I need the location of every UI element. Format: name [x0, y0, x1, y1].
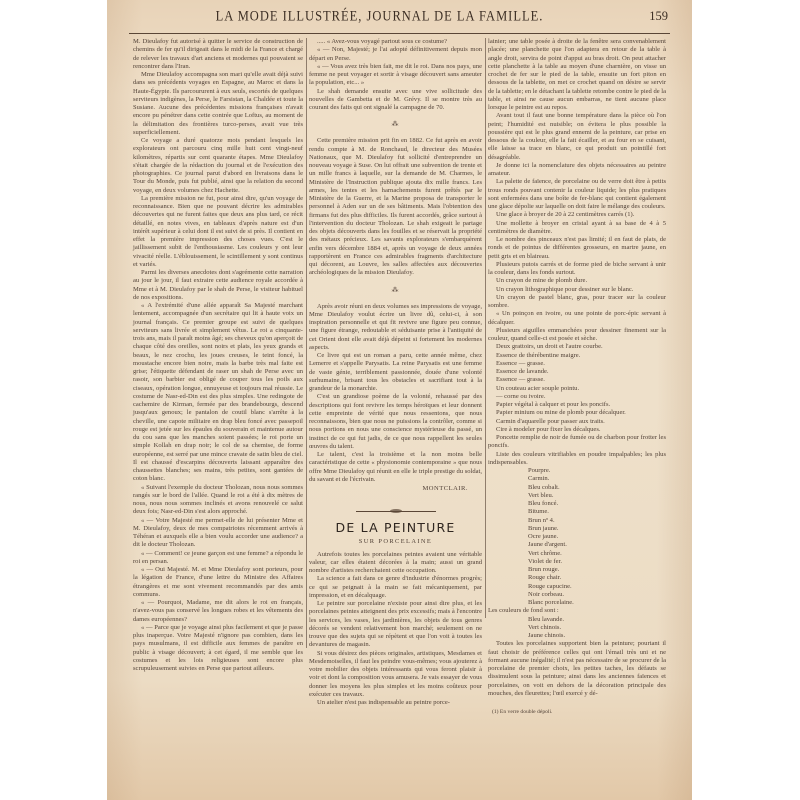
- color-item: Brun nº 4.: [488, 517, 666, 525]
- page-number: 159: [649, 9, 668, 24]
- paragraph: Le talent, c'est la troisième et la non …: [309, 451, 482, 484]
- ground-color-item: Vert chinois.: [488, 624, 666, 632]
- paragraph: « — Oui Majesté. M. et Mme Dieulafoy son…: [133, 566, 303, 599]
- article-dieulafoy-second-mission: Cette première mission prit fin en 1882.…: [309, 137, 482, 277]
- paragraph: Le nombre des pinceaux n'est pas limité;…: [488, 236, 666, 261]
- vitrifiable-colors-list: Pourpre.Carmin.Bleu cobalt.Vert bleu.Ble…: [488, 467, 666, 607]
- column-divider-1: [306, 38, 307, 648]
- color-item: Pourpre.: [488, 467, 666, 475]
- paragraph: Le peintre sur porcelaine n'existe pour …: [309, 600, 482, 650]
- paragraph: Papier végétal à calquer et pour les pon…: [488, 401, 666, 409]
- color-item: Blanc porcelaine.: [488, 599, 666, 607]
- paragraph: « — Vous avez très bien fait, me dit le …: [309, 63, 482, 88]
- paragraph: « — Votre Majesté me permet-elle de lui …: [133, 517, 303, 550]
- ground-colors-intro: Les couleurs de fond sont :: [488, 607, 666, 615]
- paragraph: Parmi les diverses anecdotes dont s'agré…: [133, 269, 303, 302]
- paragraph: « Suivant l'exemple du docteur Tholozan,…: [133, 484, 303, 517]
- color-item: Brun rouge.: [488, 566, 666, 574]
- paragraph: Une mollette à broyer en cristal ayant à…: [488, 220, 666, 237]
- paragraph: Si vous désirez des pièces originales, a…: [309, 650, 482, 700]
- color-item: Vert bleu.: [488, 492, 666, 500]
- author-signature: MONTCLAIR.: [309, 485, 482, 493]
- paragraph: Un couteau acier souple pointu.: [488, 385, 666, 393]
- column-left: M. Dieulafoy fut autorisé à quitter le s…: [133, 38, 303, 790]
- paragraph: Essence — grasse.: [488, 376, 666, 384]
- paragraph: « — Pourquoi, Madame, me dit alors le ro…: [133, 599, 303, 624]
- column-middle: ..... « Avez-vous voyagé partout sous ce…: [309, 38, 482, 790]
- paragraph: Papier minium ou mine de plomb pour déca…: [488, 409, 666, 417]
- materials-list: lainier; une table posée à droite de la …: [488, 38, 666, 467]
- article-dieulafoy-continued: ..... « Avez-vous voyagé partout sous ce…: [309, 38, 482, 112]
- paragraph: Liste des couleurs vitrifiables en poudr…: [488, 451, 666, 468]
- paragraph: Deux grattoirs, un droit et l'autre cour…: [488, 343, 666, 351]
- paragraph: Après avoir réuni en deux volumes ses im…: [309, 303, 482, 353]
- color-item: Brun jaune.: [488, 525, 666, 533]
- paragraph: Un atelier n'est pas indispensable au pe…: [309, 699, 482, 707]
- column-right: lainier; une table posée à droite de la …: [488, 38, 666, 790]
- color-item: Noir corbeau.: [488, 591, 666, 599]
- paragraph: Avant tout il faut une bonne température…: [488, 112, 666, 162]
- paragraph: La science a fait dans ce genre d'indust…: [309, 575, 482, 600]
- paragraph: Essence — grasse.: [488, 360, 666, 368]
- color-item: Violet de fer.: [488, 558, 666, 566]
- color-item: Carmin.: [488, 475, 666, 483]
- paragraph: Mme Dieulafoy accompagna son mari qu'ell…: [133, 71, 303, 137]
- paragraph: C'est un grandiose poème de la volonté, …: [309, 393, 482, 451]
- color-item: Vert chrôme.: [488, 550, 666, 558]
- paragraph: lainier; une table posée à droite de la …: [488, 38, 666, 112]
- ground-color-item: Bleu lavande.: [488, 616, 666, 624]
- color-item: Bleu cobalt.: [488, 484, 666, 492]
- paragraph: Autrefois toutes les porcelaines peintes…: [309, 551, 482, 576]
- color-item: Bitume.: [488, 508, 666, 516]
- ground-color-item: Jaune chinois.: [488, 632, 666, 640]
- color-item: Bleu foncé.: [488, 500, 666, 508]
- paragraph: Essence de thérébentine maigre.: [488, 352, 666, 360]
- paragraph: « Un poinçon en ivoire, ou une pointe de…: [488, 310, 666, 327]
- color-item: Rouge capucine.: [488, 583, 666, 591]
- paragraph: ..... « Avez-vous voyagé partout sous ce…: [309, 38, 482, 46]
- article-dieulafoy-parysatis: Après avoir réuni en deux volumes ses im…: [309, 303, 482, 485]
- section-asterism-2: ⁂: [309, 287, 482, 294]
- paragraph: — corne ou ivoire.: [488, 393, 666, 401]
- section-title: DE LA PEINTURE: [309, 521, 482, 535]
- paragraph: Ce livre qui est un roman a paru, cette …: [309, 352, 482, 393]
- section-ornament: [356, 509, 436, 513]
- paragraph: Carmin d'aquarelle pour passer aux trait…: [488, 418, 666, 426]
- paragraph: Plusieurs aiguilles emmanchées pour dess…: [488, 327, 666, 344]
- journal-title: LA MODE ILLUSTRÉE, JOURNAL DE LA FAMILLE…: [129, 8, 630, 25]
- header-rule: [129, 33, 670, 34]
- paragraph: « — Non, Majesté; je l'ai adopté définit…: [309, 46, 482, 63]
- paragraph: Essence de lavande.: [488, 368, 666, 376]
- paragraph: Cette première mission prit fin en 1882.…: [309, 137, 482, 277]
- paragraph: La première mission ne fut, pour ainsi d…: [133, 195, 303, 269]
- article-porcelain-painting: Autrefois toutes les porcelaines peintes…: [309, 551, 482, 708]
- paragraph: « — Comment! ce jeune garçon est une fem…: [133, 550, 303, 567]
- paragraph: « — Parce que je voyage ainsi plus facil…: [133, 624, 303, 674]
- paragraph: Un crayon de pastel blanc, gras, pour tr…: [488, 294, 666, 311]
- porcelain-paragraph: Toutes les porcelaines supportent bien l…: [488, 640, 666, 698]
- paragraph: Plusieurs putois carrés et de forme pied…: [488, 261, 666, 278]
- paragraph: Une glace à broyer de 20 à 22 centimètre…: [488, 211, 666, 219]
- section-asterism: ⁂: [309, 121, 482, 128]
- paragraph: M. Dieulafoy fut autorisé à quitter le s…: [133, 38, 303, 71]
- newspaper-page: LA MODE ILLUSTRÉE, JOURNAL DE LA FAMILLE…: [107, 0, 692, 800]
- running-header: LA MODE ILLUSTRÉE, JOURNAL DE LA FAMILLE…: [129, 4, 670, 34]
- color-item: Rouge chair.: [488, 574, 666, 582]
- paragraph: La palette de faïence, de porcelaine ou …: [488, 178, 666, 211]
- footnote: (1) En verre double dépoli.: [488, 708, 666, 716]
- paragraph: Le shah demande ensuite avec une vive so…: [309, 88, 482, 113]
- paragraph: Je donne ici la nomenclature des objets …: [488, 162, 666, 179]
- paragraph: Ce voyage a duré quatorze mois pendant l…: [133, 137, 303, 195]
- section-subtitle: SUR PORCELAINE: [309, 538, 482, 546]
- paragraph: Un crayon de mine de plomb dure.: [488, 277, 666, 285]
- paragraph: Un crayon lithographique pour dessiner s…: [488, 286, 666, 294]
- column-divider-2: [485, 38, 486, 618]
- color-item: Ocre jaune.: [488, 533, 666, 541]
- paragraph: Cire à modeler pour fixer les décalques.: [488, 426, 666, 434]
- color-item: Jaune d'argent.: [488, 541, 666, 549]
- paragraph: « A l'extrémité d'une allée apparaît Sa …: [133, 302, 303, 484]
- ground-colors-list: Bleu lavande.Vert chinois.Jaune chinois.: [488, 616, 666, 641]
- paragraph: Poncette remplie de noir de fumée ou de …: [488, 434, 666, 451]
